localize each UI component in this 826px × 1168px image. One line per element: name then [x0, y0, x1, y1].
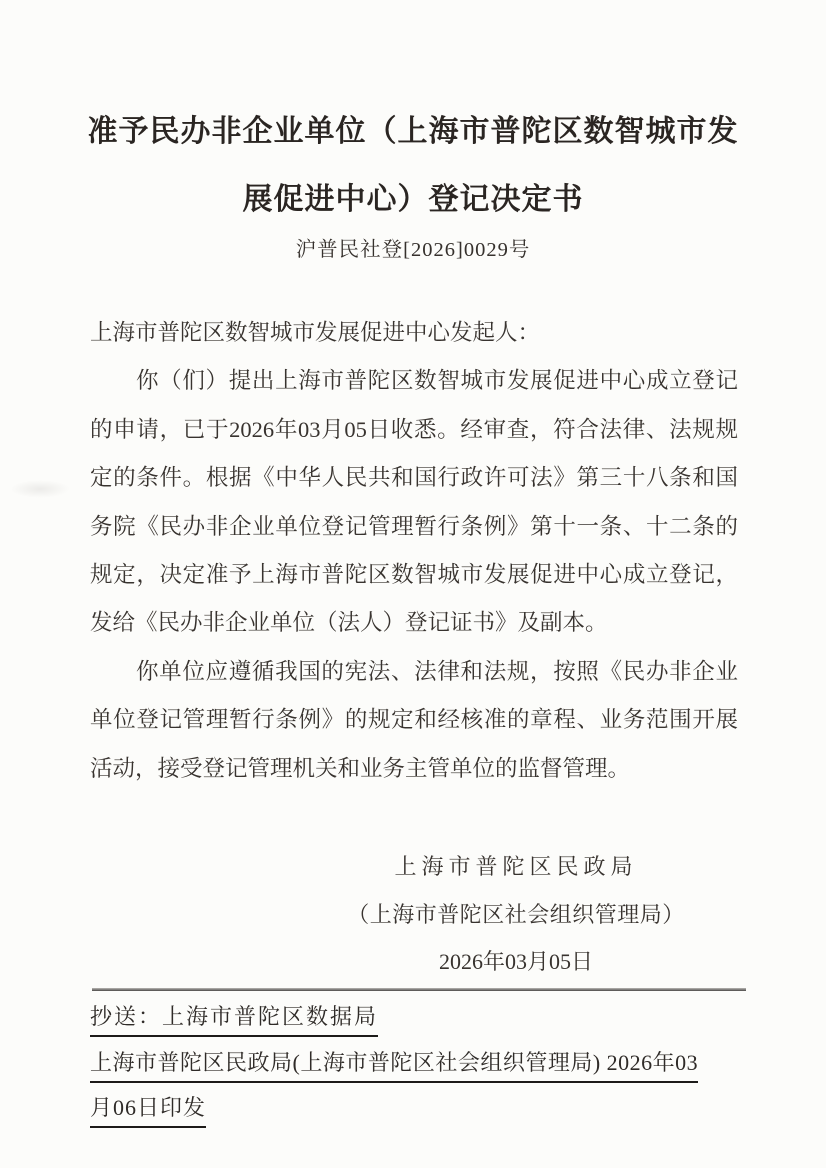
body-line: 务院《民办非企业单位登记管理暂行条例》第十一条、十二条的	[90, 511, 738, 559]
document-title: 准予民办非企业单位（上海市普陀区数智城市发 展促进中心）登记决定书	[0, 108, 826, 244]
body-line: 的申请，已于2026年03月05日收悉。经审查，符合法律、法规规	[90, 414, 738, 462]
document-footer: 抄送：上海市普陀区数据局 上海市普陀区民政局(上海市普陀区社会组织管理局) 20…	[90, 1003, 758, 1140]
footer-cc-text: 抄送：上海市普陀区数据局	[90, 1003, 378, 1037]
document-title-line-1: 准予民办非企业单位（上海市普陀区数智城市发	[0, 108, 826, 176]
body-line: 单位登记管理暂行条例》的规定和经核准的章程、业务范围开展	[90, 704, 738, 752]
signature-block: 上海市普陀区民政局 （上海市普陀区社会组织管理局） 2026年03月05日	[340, 851, 692, 994]
body-salutation: 上海市普陀区数智城市发展促进中心发起人：	[90, 317, 738, 365]
body-line: 定的条件。根据《中华人民共和国行政许可法》第三十八条和国	[90, 462, 738, 510]
body-line: 发给《民办非企业单位（法人）登记证书》及副本。	[90, 607, 738, 655]
signature-date: 2026年03月05日	[340, 946, 692, 994]
body-line: 活动，接受登记管理机关和业务主管单位的监督管理。	[90, 753, 738, 801]
footer-separator-rule	[92, 988, 746, 991]
signature-agency: 上海市普陀区民政局	[340, 851, 692, 899]
body-line: 你单位应遵循我国的宪法、法律和法规，按照《民办非企业	[90, 656, 738, 704]
footer-issue-line-1: 上海市普陀区民政局(上海市普陀区社会组织管理局) 2026年03	[90, 1049, 758, 1095]
document-body: 上海市普陀区数智城市发展促进中心发起人： 你（们）提出上海市普陀区数智城市发展促…	[90, 317, 738, 801]
body-line: 规定，决定准予上海市普陀区数智城市发展促进中心成立登记，	[90, 559, 738, 607]
footer-issue-text-1: 上海市普陀区民政局(上海市普陀区社会组织管理局) 2026年03	[90, 1049, 698, 1083]
body-line: 你（们）提出上海市普陀区数智城市发展促进中心成立登记	[90, 365, 738, 413]
footer-cc-line: 抄送：上海市普陀区数据局	[90, 1003, 758, 1049]
footer-issue-text-2: 月06日印发	[90, 1094, 206, 1128]
footer-issue-line-2: 月06日印发	[90, 1094, 758, 1140]
document-page: 准予民办非企业单位（上海市普陀区数智城市发 展促进中心）登记决定书 沪普民社登[…	[0, 0, 826, 1168]
document-number: 沪普民社登[2026]0029号	[0, 232, 826, 262]
signature-agency-alt: （上海市普陀区社会组织管理局）	[340, 899, 692, 947]
scan-artifact	[10, 480, 70, 498]
